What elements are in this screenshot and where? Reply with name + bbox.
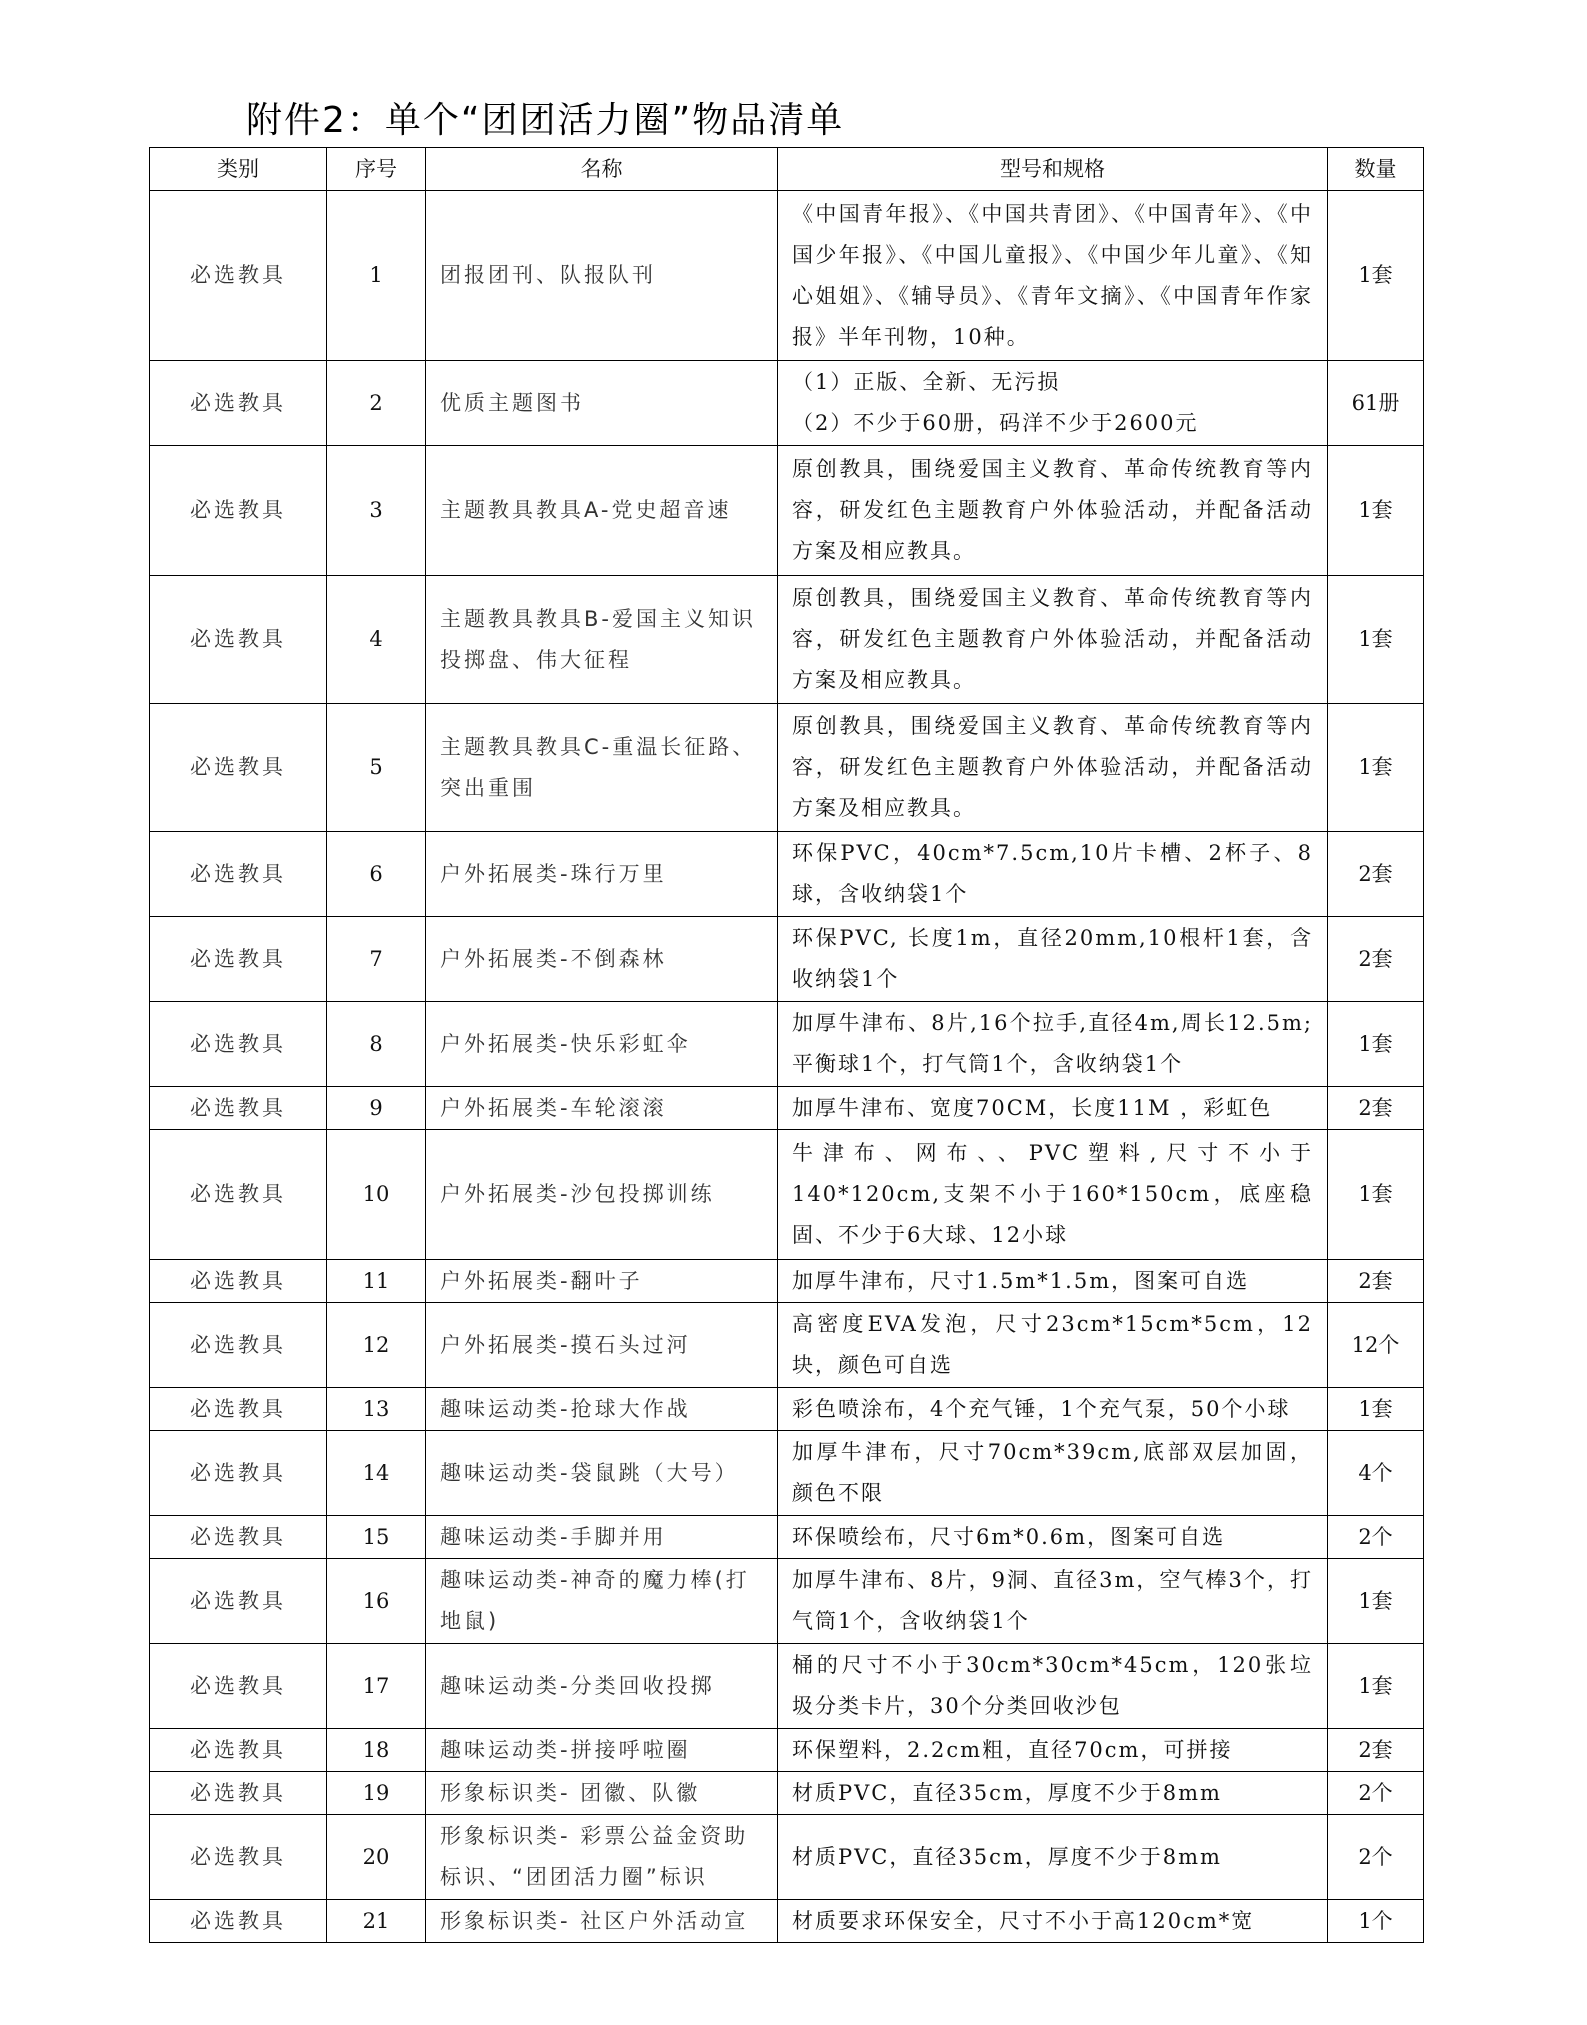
- seq-cell: 12: [327, 1303, 426, 1388]
- spec-cell: 桶的尺寸不小于30cm*30cm*45cm，120张垃圾分类卡片，30个分类回收…: [778, 1644, 1328, 1729]
- name-cell: 优质主题图书: [426, 361, 778, 446]
- qty-cell: 1套: [1328, 1388, 1424, 1431]
- category-cell: 必选教具: [150, 1516, 327, 1559]
- table-row: 必选教具5主题教具教具C-重温长征路、突出重围原创教具，围绕爱国主义教育、革命传…: [150, 704, 1424, 832]
- table-row: 必选教具10户外拓展类-沙包投掷训练牛津布、网布、、PVC塑料,尺寸不小于140…: [150, 1130, 1424, 1260]
- spec-cell: 加厚牛津布、宽度70CM，长度11M ，彩虹色: [778, 1087, 1328, 1130]
- category-cell: 必选教具: [150, 1559, 327, 1644]
- seq-cell: 14: [327, 1431, 426, 1516]
- qty-cell: 2个: [1328, 1772, 1424, 1815]
- seq-cell: 11: [327, 1260, 426, 1303]
- spec-cell: 材质PVC，直径35cm，厚度不少于8mm: [778, 1772, 1328, 1815]
- table-row: 必选教具17趣味运动类-分类回收投掷桶的尺寸不小于30cm*30cm*45cm，…: [150, 1644, 1424, 1729]
- table-row: 必选教具1团报团刊、队报队刊《中国青年报》、《中国共青团》、《中国青年》、《中国…: [150, 191, 1424, 361]
- seq-cell: 4: [327, 576, 426, 704]
- table-row: 必选教具12户外拓展类-摸石头过河高密度EVA发泡，尺寸23cm*15cm*5c…: [150, 1303, 1424, 1388]
- category-cell: 必选教具: [150, 1431, 327, 1516]
- seq-cell: 21: [327, 1900, 426, 1943]
- document-title: 附件2：单个“团团活力圈”物品清单: [246, 92, 844, 143]
- name-cell: 趣味运动类-分类回收投掷: [426, 1644, 778, 1729]
- qty-cell: 2套: [1328, 1260, 1424, 1303]
- seq-cell: 20: [327, 1815, 426, 1900]
- name-cell: 形象标识类- 团徽、队徽: [426, 1772, 778, 1815]
- spec-cell: 材质PVC，直径35cm，厚度不少于8mm: [778, 1815, 1328, 1900]
- category-cell: 必选教具: [150, 1087, 327, 1130]
- table-row: 必选教具8户外拓展类-快乐彩虹伞加厚牛津布、8片,16个拉手,直径4m,周长12…: [150, 1002, 1424, 1087]
- category-cell: 必选教具: [150, 191, 327, 361]
- table-row: 必选教具21形象标识类- 社区户外活动宣材质要求环保安全，尺寸不小于高120cm…: [150, 1900, 1424, 1943]
- spec-cell: 高密度EVA发泡，尺寸23cm*15cm*5cm，12块，颜色可自选: [778, 1303, 1328, 1388]
- qty-cell: 1套: [1328, 704, 1424, 832]
- qty-cell: 2套: [1328, 1729, 1424, 1772]
- seq-cell: 10: [327, 1130, 426, 1260]
- qty-cell: 1套: [1328, 1002, 1424, 1087]
- qty-cell: 2套: [1328, 917, 1424, 1002]
- qty-cell: 61册: [1328, 361, 1424, 446]
- name-cell: 户外拓展类-车轮滚滚: [426, 1087, 778, 1130]
- category-cell: 必选教具: [150, 917, 327, 1002]
- table-row: 必选教具3主题教具教具A-党史超音速原创教具，围绕爱国主义教育、革命传统教育等内…: [150, 446, 1424, 576]
- qty-cell: 1套: [1328, 1644, 1424, 1729]
- spec-cell: 原创教具，围绕爱国主义教育、革命传统教育等内容，研发红色主题教育户外体验活动，并…: [778, 704, 1328, 832]
- seq-cell: 7: [327, 917, 426, 1002]
- qty-cell: 1套: [1328, 446, 1424, 576]
- name-cell: 主题教具教具A-党史超音速: [426, 446, 778, 576]
- qty-cell: 2套: [1328, 1087, 1424, 1130]
- name-cell: 户外拓展类-沙包投掷训练: [426, 1130, 778, 1260]
- qty-cell: 1套: [1328, 1130, 1424, 1260]
- spec-cell: 原创教具，围绕爱国主义教育、革命传统教育等内容，研发红色主题教育户外体验活动，并…: [778, 446, 1328, 576]
- spec-cell: 彩色喷涂布，4个充气锤，1个充气泵，50个小球: [778, 1388, 1328, 1431]
- name-cell: 户外拓展类-不倒森林: [426, 917, 778, 1002]
- name-cell: 团报团刊、队报队刊: [426, 191, 778, 361]
- seq-cell: 6: [327, 832, 426, 917]
- table-row: 必选教具16趣味运动类-神奇的魔力棒(打地鼠)加厚牛津布、8片，9洞、直径3m，…: [150, 1559, 1424, 1644]
- category-cell: 必选教具: [150, 1644, 327, 1729]
- qty-cell: 1套: [1328, 191, 1424, 361]
- spec-cell: 环保PVC, 长度1m，直径20mm,10根杆1套，含收纳袋1个: [778, 917, 1328, 1002]
- seq-cell: 5: [327, 704, 426, 832]
- seq-cell: 3: [327, 446, 426, 576]
- table-row: 必选教具7户外拓展类-不倒森林环保PVC, 长度1m，直径20mm,10根杆1套…: [150, 917, 1424, 1002]
- category-cell: 必选教具: [150, 1002, 327, 1087]
- spec-cell: 《中国青年报》、《中国共青团》、《中国青年》、《中国少年报》、《中国儿童报》、《…: [778, 191, 1328, 361]
- seq-cell: 18: [327, 1729, 426, 1772]
- header-name: 名称: [426, 148, 778, 191]
- name-cell: 户外拓展类-摸石头过河: [426, 1303, 778, 1388]
- name-cell: 形象标识类- 彩票公益金资助标识、“团团活力圈”标识: [426, 1815, 778, 1900]
- table-row: 必选教具2优质主题图书（1）正版、全新、无污损 （2）不少于60册，码洋不少于2…: [150, 361, 1424, 446]
- seq-cell: 2: [327, 361, 426, 446]
- category-cell: 必选教具: [150, 1815, 327, 1900]
- qty-cell: 2个: [1328, 1815, 1424, 1900]
- category-cell: 必选教具: [150, 1772, 327, 1815]
- name-cell: 趣味运动类-神奇的魔力棒(打地鼠): [426, 1559, 778, 1644]
- spec-cell: 加厚牛津布，尺寸70cm*39cm,底部双层加固，颜色不限: [778, 1431, 1328, 1516]
- category-cell: 必选教具: [150, 1130, 327, 1260]
- table-row: 必选教具15趣味运动类-手脚并用环保喷绘布，尺寸6m*0.6m，图案可自选2个: [150, 1516, 1424, 1559]
- qty-cell: 4个: [1328, 1431, 1424, 1516]
- category-cell: 必选教具: [150, 361, 327, 446]
- spec-cell: 环保喷绘布，尺寸6m*0.6m，图案可自选: [778, 1516, 1328, 1559]
- spec-cell: 材质要求环保安全，尺寸不小于高120cm*宽: [778, 1900, 1328, 1943]
- spec-cell: 环保塑料，2.2cm粗，直径70cm，可拼接: [778, 1729, 1328, 1772]
- name-cell: 趣味运动类-抢球大作战: [426, 1388, 778, 1431]
- table-row: 必选教具9户外拓展类-车轮滚滚加厚牛津布、宽度70CM，长度11M ，彩虹色2套: [150, 1087, 1424, 1130]
- qty-cell: 1个: [1328, 1900, 1424, 1943]
- seq-cell: 8: [327, 1002, 426, 1087]
- qty-cell: 2套: [1328, 832, 1424, 917]
- seq-cell: 9: [327, 1087, 426, 1130]
- name-cell: 趣味运动类-拼接呼啦圈: [426, 1729, 778, 1772]
- table-header-row: 类别 序号 名称 型号和规格 数量: [150, 148, 1424, 191]
- category-cell: 必选教具: [150, 446, 327, 576]
- spec-cell: 环保PVC，40cm*7.5cm,10片卡槽、2杯子、8球，含收纳袋1个: [778, 832, 1328, 917]
- seq-cell: 15: [327, 1516, 426, 1559]
- spec-cell: 加厚牛津布、8片，9洞、直径3m，空气棒3个，打气筒1个，含收纳袋1个: [778, 1559, 1328, 1644]
- name-cell: 趣味运动类-手脚并用: [426, 1516, 778, 1559]
- table-row: 必选教具4主题教具教具B-爱国主义知识投掷盘、伟大征程原创教具，围绕爱国主义教育…: [150, 576, 1424, 704]
- seq-cell: 19: [327, 1772, 426, 1815]
- category-cell: 必选教具: [150, 1900, 327, 1943]
- qty-cell: 12个: [1328, 1303, 1424, 1388]
- table-row: 必选教具14趣味运动类-袋鼠跳（大号）加厚牛津布，尺寸70cm*39cm,底部双…: [150, 1431, 1424, 1516]
- seq-cell: 13: [327, 1388, 426, 1431]
- spec-cell: 加厚牛津布，尺寸1.5m*1.5m，图案可自选: [778, 1260, 1328, 1303]
- category-cell: 必选教具: [150, 1303, 327, 1388]
- seq-cell: 1: [327, 191, 426, 361]
- table-row: 必选教具18趣味运动类-拼接呼啦圈环保塑料，2.2cm粗，直径70cm，可拼接2…: [150, 1729, 1424, 1772]
- category-cell: 必选教具: [150, 576, 327, 704]
- category-cell: 必选教具: [150, 1388, 327, 1431]
- name-cell: 主题教具教具C-重温长征路、突出重围: [426, 704, 778, 832]
- name-cell: 形象标识类- 社区户外活动宣: [426, 1900, 778, 1943]
- spec-cell: （1）正版、全新、无污损 （2）不少于60册，码洋不少于2600元: [778, 361, 1328, 446]
- qty-cell: 2个: [1328, 1516, 1424, 1559]
- header-category: 类别: [150, 148, 327, 191]
- table-row: 必选教具19形象标识类- 团徽、队徽材质PVC，直径35cm，厚度不少于8mm2…: [150, 1772, 1424, 1815]
- header-qty: 数量: [1328, 148, 1424, 191]
- qty-cell: 1套: [1328, 1559, 1424, 1644]
- table-row: 必选教具13趣味运动类-抢球大作战彩色喷涂布，4个充气锤，1个充气泵，50个小球…: [150, 1388, 1424, 1431]
- name-cell: 主题教具教具B-爱国主义知识投掷盘、伟大征程: [426, 576, 778, 704]
- name-cell: 户外拓展类-翻叶子: [426, 1260, 778, 1303]
- table-row: 必选教具6户外拓展类-珠行万里环保PVC，40cm*7.5cm,10片卡槽、2杯…: [150, 832, 1424, 917]
- item-list-table: 类别 序号 名称 型号和规格 数量 必选教具1团报团刊、队报队刊《中国青年报》、…: [149, 147, 1424, 1943]
- category-cell: 必选教具: [150, 704, 327, 832]
- category-cell: 必选教具: [150, 1729, 327, 1772]
- seq-cell: 16: [327, 1559, 426, 1644]
- name-cell: 趣味运动类-袋鼠跳（大号）: [426, 1431, 778, 1516]
- spec-cell: 牛津布、网布、、PVC塑料,尺寸不小于140*120cm,支架不小于160*15…: [778, 1130, 1328, 1260]
- header-seq: 序号: [327, 148, 426, 191]
- seq-cell: 17: [327, 1644, 426, 1729]
- category-cell: 必选教具: [150, 832, 327, 917]
- qty-cell: 1套: [1328, 576, 1424, 704]
- table-row: 必选教具20形象标识类- 彩票公益金资助标识、“团团活力圈”标识材质PVC，直径…: [150, 1815, 1424, 1900]
- spec-cell: 原创教具，围绕爱国主义教育、革命传统教育等内容，研发红色主题教育户外体验活动，并…: [778, 576, 1328, 704]
- name-cell: 户外拓展类-快乐彩虹伞: [426, 1002, 778, 1087]
- name-cell: 户外拓展类-珠行万里: [426, 832, 778, 917]
- category-cell: 必选教具: [150, 1260, 327, 1303]
- table-row: 必选教具11户外拓展类-翻叶子加厚牛津布，尺寸1.5m*1.5m，图案可自选2套: [150, 1260, 1424, 1303]
- spec-cell: 加厚牛津布、8片,16个拉手,直径4m,周长12.5m;平衡球1个，打气筒1个，…: [778, 1002, 1328, 1087]
- header-spec: 型号和规格: [778, 148, 1328, 191]
